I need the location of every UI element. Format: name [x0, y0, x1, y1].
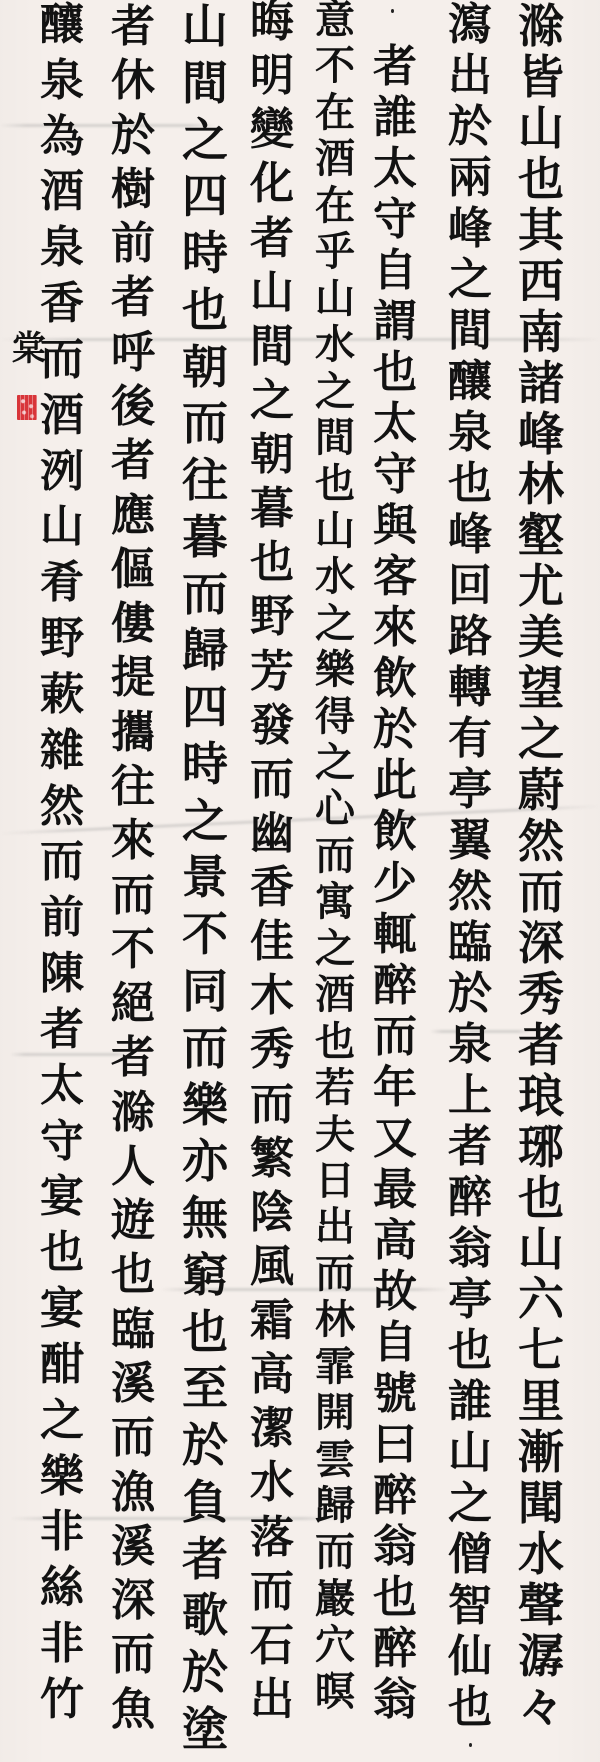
calligraphy-glyph: 落	[250, 1516, 294, 1560]
calligraphy-glyph: 峰	[518, 411, 564, 457]
calligraphy-glyph: 間	[250, 325, 294, 369]
calligraphy-glyph: 者	[448, 1125, 492, 1169]
calligraphy-glyph: 也	[182, 287, 228, 333]
calligraphy-glyph: 酒	[40, 170, 84, 214]
calligraphy-glyph: 無	[182, 1195, 228, 1241]
calligraphy-glyph: 塗	[182, 1706, 228, 1752]
calligraphy-glyph: 峰	[448, 207, 492, 251]
calligraphy-glyph: 間	[182, 60, 228, 106]
calligraphy-glyph: 溪	[111, 1362, 155, 1406]
paper-fold-line	[0, 338, 600, 341]
calligraphy-glyph: 四	[182, 684, 228, 730]
calligraphy-glyph: 歸	[315, 1486, 355, 1526]
calligraphy-glyph: 幽	[250, 812, 294, 856]
calligraphy-glyph: 醉	[448, 1176, 492, 1220]
calligraphy-glyph: 後	[111, 385, 155, 429]
calligraphy-glyph: 暮	[182, 514, 228, 560]
calligraphy-glyph: 泉	[40, 59, 84, 103]
calligraphy-glyph: 肴	[40, 561, 84, 605]
calligraphy-glyph: 應	[111, 494, 155, 538]
calligraphy-glyph: 至	[182, 1365, 228, 1411]
calligraphy-glyph: 僧	[448, 1533, 492, 1577]
calligraphy-glyph: 絕	[111, 982, 155, 1026]
calligraphy-glyph: 不	[182, 911, 228, 957]
calligraphy-glyph: 亭	[448, 1278, 492, 1322]
calligraphy-glyph: 深	[111, 1579, 155, 1623]
calligraphy-glyph: 聞	[518, 1480, 564, 1526]
calligraphy-glyph: 高	[250, 1353, 294, 1397]
calligraphy-glyph: 酒	[40, 394, 84, 438]
calligraphy-glyph: 美	[518, 614, 564, 660]
calligraphy-glyph: 酒	[315, 139, 355, 179]
calligraphy-glyph: 守	[373, 453, 417, 497]
calligraphy-glyph: 翁	[448, 1227, 492, 1271]
calligraphy-glyph: 水	[315, 325, 355, 365]
calligraphy-glyph: 然	[518, 818, 564, 864]
calligraphy-glyph: 誰	[448, 1380, 492, 1424]
calligraphy-glyph: 遊	[111, 1199, 155, 1243]
calligraphy-glyph: 瀉	[448, 3, 492, 47]
calligraphy-glyph: 化	[250, 162, 294, 206]
calligraphy-glyph: 飲	[373, 657, 417, 701]
calligraphy-glyph: 醉	[373, 964, 417, 1008]
calligraphy-glyph: 酒	[315, 975, 355, 1015]
calligraphy-glyph: 自	[373, 249, 417, 293]
artist-signature: 棠	[12, 332, 46, 366]
calligraphy-glyph: 西	[518, 258, 564, 304]
ink-dot	[469, 1743, 472, 1747]
calligraphy-glyph: 樂	[315, 650, 355, 690]
calligraphy-glyph: 石	[250, 1624, 294, 1668]
calligraphy-glyph: 在	[315, 186, 355, 226]
calligraphy-glyph: 歸	[182, 627, 228, 673]
calligraphy-glyph: 樂	[182, 1082, 228, 1128]
calligraphy-glyph: 而	[518, 869, 564, 915]
text-column-6: 山間之四時也朝而往暮而歸四時之景不同而樂亦無窮也至於負者歌於塗	[180, 3, 230, 1752]
calligraphy-glyph: 水	[250, 1461, 294, 1505]
calligraphy-glyph: 山	[250, 271, 294, 315]
text-column-4: 意不在酒在乎山水之間也山水之樂得之心而寓之酒也若夫日出而林霏開雲歸而巖穴暝	[310, 0, 360, 1712]
calligraphy-glyph: 往	[111, 765, 155, 809]
calligraphy-glyph: 得	[315, 697, 355, 737]
calligraphy-glyph: 望	[518, 665, 564, 711]
calligraphy-glyph: 魚	[111, 1688, 155, 1732]
calligraphy-glyph: 而	[373, 1015, 417, 1059]
calligraphy-glyph: 之	[250, 379, 294, 423]
calligraphy-glyph: 者	[373, 45, 417, 89]
seal-stamp	[17, 395, 37, 420]
calligraphy-glyph: 號	[373, 1372, 417, 1416]
calligraphy-glyph: 琊	[518, 1124, 564, 1170]
calligraphy-glyph: 然	[40, 785, 84, 829]
calligraphy-glyph: 回	[448, 564, 492, 608]
calligraphy-glyph: 間	[448, 309, 492, 353]
calligraphy-glyph: 其	[518, 207, 564, 253]
calligraphy-glyph: 聲	[518, 1582, 564, 1628]
calligraphy-glyph: 野	[40, 617, 84, 661]
calligraphy-glyph: 出	[250, 1678, 294, 1722]
calligraphy-glyph: 四	[182, 173, 228, 219]
calligraphy-glyph: 潔	[250, 1407, 294, 1451]
calligraphy-glyph: 秀	[250, 1028, 294, 1072]
calligraphy-glyph: 誰	[373, 96, 417, 140]
calligraphy-glyph: 又	[373, 1117, 417, 1161]
calligraphy-glyph: 謂	[373, 300, 417, 344]
calligraphy-glyph: 意	[315, 0, 355, 40]
calligraphy-glyph: 飲	[373, 810, 417, 854]
calligraphy-glyph: 漁	[111, 1471, 155, 1515]
calligraphy-glyph: 間	[315, 418, 355, 458]
calligraphy-glyph: 七	[518, 1327, 564, 1373]
calligraphy-glyph: 不	[111, 928, 155, 972]
calligraphy-glyph: 々	[518, 1684, 564, 1730]
calligraphy-glyph: 而	[250, 1570, 294, 1614]
calligraphy-glyph: 也	[250, 541, 294, 585]
calligraphy-glyph: 而	[182, 400, 228, 446]
calligraphy-glyph: 而	[315, 1532, 355, 1572]
calligraphy-glyph: 穴	[315, 1625, 355, 1665]
text-column-1: 滁皆山也其西南諸峰林壑尤美望之蔚然而深秀者琅琊也山六七里漸聞水聲潺々	[516, 3, 566, 1730]
calligraphy-glyph: 於	[448, 105, 492, 149]
calligraphy-glyph: 前	[40, 896, 84, 940]
calligraphy-glyph: 攜	[111, 711, 155, 755]
calligraphy-glyph: 有	[448, 717, 492, 761]
calligraphy-glyph: 然	[448, 870, 492, 914]
calligraphy-glyph: 者	[182, 1536, 228, 1582]
calligraphy-glyph: 者	[111, 439, 155, 483]
calligraphy-glyph: 開	[315, 1393, 355, 1433]
calligraphy-glyph: 在	[315, 93, 355, 133]
calligraphy-glyph: 陳	[40, 952, 84, 996]
calligraphy-glyph: 香	[40, 282, 84, 326]
calligraphy-glyph: 暝	[315, 1672, 355, 1712]
calligraphy-glyph: 變	[250, 108, 294, 152]
calligraphy-glyph: 故	[373, 1270, 417, 1314]
calligraphy-glyph: 溪	[111, 1525, 155, 1569]
calligraphy-glyph: 里	[518, 1378, 564, 1424]
calligraphy-glyph: 而	[182, 1025, 228, 1071]
calligraphy-glyph: 心	[315, 789, 355, 829]
calligraphy-glyph: 時	[182, 741, 228, 787]
calligraphy-glyph: 暮	[250, 487, 294, 531]
calligraphy-glyph: 樹	[111, 168, 155, 212]
calligraphy-glyph: 出	[315, 1207, 355, 1247]
calligraphy-glyph: 南	[518, 309, 564, 355]
calligraphy-glyph: 若	[315, 1068, 355, 1108]
calligraphy-glyph: 臨	[111, 1308, 155, 1352]
calligraphy-glyph: 太	[40, 1064, 84, 1108]
calligraphy-glyph: 高	[373, 1219, 417, 1263]
calligraphy-glyph: 水	[315, 557, 355, 597]
calligraphy-glyph: 巖	[315, 1579, 355, 1619]
calligraphy-glyph: 也	[448, 1686, 492, 1730]
calligraphy-glyph: 山	[182, 3, 228, 49]
calligraphy-glyph: 樂	[40, 1455, 84, 1499]
calligraphy-glyph: 諸	[518, 360, 564, 406]
calligraphy-glyph: 兩	[448, 156, 492, 200]
ink-dot	[391, 9, 394, 13]
calligraphy-glyph: 前	[111, 222, 155, 266]
calligraphy-glyph: 而	[250, 758, 294, 802]
calligraphy-glyph: 之	[315, 743, 355, 783]
calligraphy-glyph: 壑	[518, 512, 564, 558]
calligraphy-glyph: 者	[111, 5, 155, 49]
calligraphy-glyph: 醉	[373, 1474, 417, 1518]
calligraphy-glyph: 而	[182, 571, 228, 617]
calligraphy-glyph: 水	[518, 1531, 564, 1577]
calligraphy-glyph: 也	[448, 462, 492, 506]
calligraphy-glyph: 野	[250, 595, 294, 639]
calligraphy-glyph: 酣	[40, 1343, 84, 1387]
calligraphy-glyph: 於	[182, 1422, 228, 1468]
calligraphy-glyph: 山	[518, 105, 564, 151]
calligraphy-glyph: 窮	[182, 1252, 228, 1298]
calligraphy-glyph: 來	[373, 606, 417, 650]
calligraphy-glyph: 臨	[448, 921, 492, 965]
calligraphy-glyph: 來	[111, 819, 155, 863]
calligraphy-glyph: 皆	[518, 54, 564, 100]
text-column-2: 瀉出於兩峰之間釀泉也峰回路轉有亭翼然臨於泉上者醉翁亭也誰山之僧智仙也	[445, 3, 495, 1730]
calligraphy-glyph: 歌	[182, 1592, 228, 1638]
calligraphy-glyph: 智	[448, 1584, 492, 1628]
calligraphy-glyph: 之	[315, 372, 355, 412]
calligraphy-glyph: 雜	[40, 729, 84, 773]
calligraphy-glyph: 宴	[40, 1287, 84, 1331]
calligraphy-glyph: 泉	[448, 411, 492, 455]
calligraphy-glyph: 秀	[518, 971, 564, 1017]
calligraphy-glyph: 輒	[373, 913, 417, 957]
calligraphy-glyph: 深	[518, 920, 564, 966]
calligraphy-glyph: 漸	[518, 1429, 564, 1475]
calligraphy-glyph: 而	[111, 1416, 155, 1460]
calligraphy-glyph: 客	[373, 555, 417, 599]
calligraphy-glyph: 也	[373, 351, 417, 395]
calligraphy-glyph: 仙	[448, 1635, 492, 1679]
calligraphy-scroll: 滁皆山也其西南諸峰林壑尤美望之蔚然而深秀者琅琊也山六七里漸聞水聲潺々 瀉出於兩峰…	[0, 0, 600, 1762]
calligraphy-glyph: 繁	[250, 1137, 294, 1181]
calligraphy-glyph: 滁	[111, 1091, 155, 1135]
calligraphy-glyph: 蔚	[518, 767, 564, 813]
calligraphy-glyph: 之	[315, 929, 355, 969]
calligraphy-glyph: 六	[518, 1276, 564, 1322]
calligraphy-glyph: 亭	[448, 768, 492, 812]
calligraphy-glyph: 者	[518, 1022, 564, 1068]
calligraphy-glyph: 風	[250, 1245, 294, 1289]
calligraphy-glyph: 者	[40, 1008, 84, 1052]
calligraphy-glyph: 負	[182, 1479, 228, 1525]
calligraphy-glyph: 於	[448, 972, 492, 1016]
calligraphy-glyph: 山	[518, 1226, 564, 1272]
calligraphy-glyph: 太	[373, 402, 417, 446]
calligraphy-glyph: 自	[373, 1321, 417, 1365]
calligraphy-glyph: 釀	[448, 360, 492, 404]
calligraphy-glyph: 竹	[40, 1678, 84, 1722]
calligraphy-glyph: 陰	[250, 1191, 294, 1235]
calligraphy-glyph: 蔌	[40, 673, 84, 717]
calligraphy-glyph: 時	[182, 230, 228, 276]
calligraphy-glyph: 翁	[373, 1678, 417, 1722]
calligraphy-glyph: 翼	[448, 819, 492, 863]
calligraphy-glyph: 同	[182, 968, 228, 1014]
calligraphy-glyph: 之	[182, 798, 228, 844]
calligraphy-glyph: 琅	[518, 1073, 564, 1119]
calligraphy-glyph: 之	[182, 117, 228, 163]
calligraphy-glyph: 霜	[250, 1299, 294, 1343]
calligraphy-glyph: 乎	[315, 232, 355, 272]
calligraphy-glyph: 不	[315, 46, 355, 86]
calligraphy-glyph: 而	[111, 874, 155, 918]
calligraphy-glyph: 亦	[182, 1138, 228, 1184]
calligraphy-glyph: 也	[182, 1309, 228, 1355]
calligraphy-glyph: 而	[250, 1083, 294, 1127]
calligraphy-glyph: 日	[315, 1161, 355, 1201]
calligraphy-glyph: 山	[40, 505, 84, 549]
calligraphy-glyph: 香	[250, 866, 294, 910]
calligraphy-glyph: 也	[315, 464, 355, 504]
calligraphy-glyph: 而	[315, 1254, 355, 1294]
calligraphy-glyph: 出	[448, 54, 492, 98]
calligraphy-glyph: 路	[448, 615, 492, 659]
calligraphy-glyph: 滁	[518, 3, 564, 49]
calligraphy-glyph: 年	[373, 1066, 417, 1110]
calligraphy-glyph: 山	[315, 511, 355, 551]
calligraphy-glyph: 雲	[315, 1440, 355, 1480]
calligraphy-glyph: 洌	[40, 450, 84, 494]
calligraphy-glyph: 守	[40, 1120, 84, 1164]
text-column-5: 晦明變化者山間之朝暮也野芳發而幽香佳木秀而繁陰風霜高潔水落而石出	[247, 0, 297, 1722]
text-column-8: 釀泉為酒泉香而酒洌山肴野蔌雜然而前陳者太守宴也宴酣之樂非絲非竹	[37, 3, 87, 1722]
calligraphy-glyph: 也	[448, 1329, 492, 1373]
calligraphy-glyph: 峰	[448, 513, 492, 557]
calligraphy-glyph: 也	[518, 156, 564, 202]
calligraphy-glyph: 寓	[315, 882, 355, 922]
calligraphy-glyph: 宴	[40, 1175, 84, 1219]
calligraphy-glyph: 潺	[518, 1633, 564, 1679]
calligraphy-glyph: 此	[373, 759, 417, 803]
calligraphy-glyph: 者	[111, 276, 155, 320]
calligraphy-glyph: 絲	[40, 1566, 84, 1610]
calligraphy-glyph: 非	[40, 1510, 84, 1554]
calligraphy-glyph: 霏	[315, 1347, 355, 1387]
calligraphy-glyph: 僂	[111, 602, 155, 646]
calligraphy-glyph: 夫	[315, 1115, 355, 1155]
calligraphy-glyph: 者	[250, 217, 294, 261]
calligraphy-glyph: 芳	[250, 650, 294, 694]
calligraphy-glyph: 之	[448, 258, 492, 302]
calligraphy-glyph: 而	[315, 836, 355, 876]
calligraphy-glyph: 佳	[250, 920, 294, 964]
calligraphy-glyph: 非	[40, 1622, 84, 1666]
calligraphy-glyph: 林	[315, 1300, 355, 1340]
calligraphy-glyph: 曰	[373, 1423, 417, 1467]
calligraphy-glyph: 為	[40, 115, 84, 159]
calligraphy-glyph: 而	[40, 338, 84, 382]
calligraphy-glyph: 明	[250, 54, 294, 98]
calligraphy-glyph: 發	[250, 704, 294, 748]
calligraphy-glyph: 也	[40, 1231, 84, 1275]
calligraphy-glyph: 晦	[250, 0, 294, 44]
calligraphy-glyph: 傴	[111, 548, 155, 592]
calligraphy-glyph: 釀	[40, 3, 84, 47]
calligraphy-glyph: 呼	[111, 331, 155, 375]
calligraphy-glyph: 於	[111, 114, 155, 158]
calligraphy-glyph: 也	[315, 1022, 355, 1062]
calligraphy-glyph: 守	[373, 198, 417, 242]
calligraphy-glyph: 也	[111, 1253, 155, 1297]
calligraphy-glyph: 人	[111, 1145, 155, 1189]
text-column-3: 者誰太守自謂也太守與客來飲於此飲少輒醉而年又最高故自號曰醉翁也醉翁	[370, 45, 420, 1722]
calligraphy-glyph: 提	[111, 656, 155, 700]
calligraphy-glyph: 泉	[448, 1023, 492, 1067]
calligraphy-glyph: 往	[182, 457, 228, 503]
calligraphy-glyph: 之	[518, 716, 564, 762]
calligraphy-glyph: 木	[250, 974, 294, 1018]
calligraphy-glyph: 朝	[250, 433, 294, 477]
calligraphy-glyph: 於	[182, 1649, 228, 1695]
calligraphy-glyph: 也	[518, 1175, 564, 1221]
calligraphy-glyph: 尤	[518, 563, 564, 609]
calligraphy-glyph: 山	[448, 1431, 492, 1475]
calligraphy-glyph: 之	[315, 604, 355, 644]
calligraphy-glyph: 最	[373, 1168, 417, 1212]
calligraphy-glyph: 林	[518, 461, 564, 507]
calligraphy-glyph: 上	[448, 1074, 492, 1118]
calligraphy-glyph: 而	[111, 1633, 155, 1677]
calligraphy-glyph: 朝	[182, 344, 228, 390]
calligraphy-glyph: 景	[182, 854, 228, 900]
calligraphy-glyph: 而	[40, 840, 84, 884]
calligraphy-glyph: 少	[373, 862, 417, 906]
calligraphy-glyph: 太	[373, 147, 417, 191]
calligraphy-glyph: 轉	[448, 666, 492, 710]
text-column-7: 者休於樹前者呼後者應傴僂提攜往來而不絕者滁人遊也臨溪而漁溪深而魚	[108, 5, 158, 1732]
calligraphy-glyph: 者	[111, 1036, 155, 1080]
calligraphy-glyph: 之	[448, 1482, 492, 1526]
calligraphy-glyph: 山	[315, 279, 355, 319]
calligraphy-glyph: 翁	[373, 1525, 417, 1569]
calligraphy-glyph: 與	[373, 504, 417, 548]
calligraphy-glyph: 也	[373, 1576, 417, 1620]
calligraphy-glyph: 休	[111, 59, 155, 103]
calligraphy-glyph: 醉	[373, 1627, 417, 1671]
calligraphy-glyph: 於	[373, 708, 417, 752]
calligraphy-glyph: 之	[40, 1399, 84, 1443]
calligraphy-glyph: 泉	[40, 226, 84, 270]
paper-fold-line	[0, 805, 599, 835]
